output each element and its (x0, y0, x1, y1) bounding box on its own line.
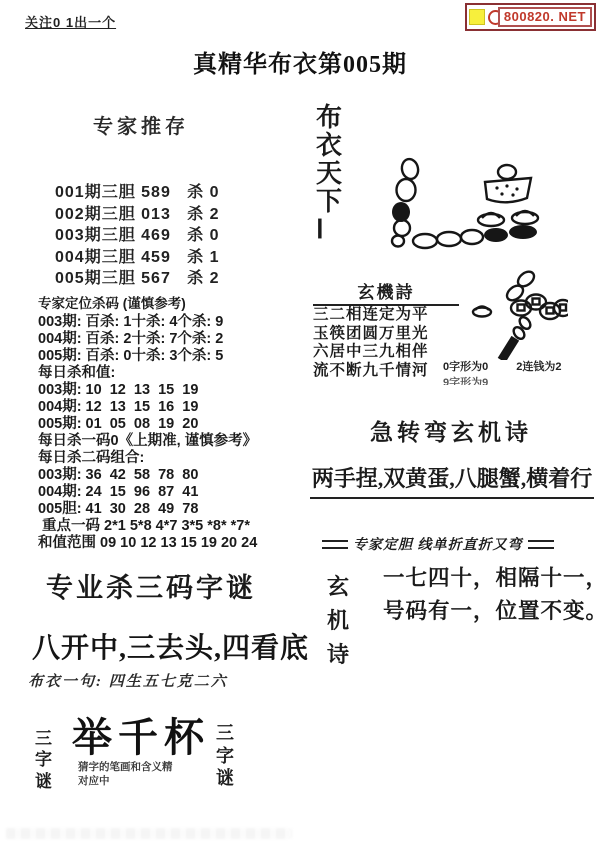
three-dan-history-list: 001期三胆 589 杀 0 002期三胆 013 杀 2 003期三胆 469… (55, 182, 220, 290)
expert-dan-divider-text: 专家定胆 线单折直折又弯 (353, 534, 523, 554)
site-badge: 800820. NET (465, 3, 596, 31)
top-note: 关注0 1出一个 (25, 12, 116, 31)
three-char-riddle-note: 猜字的笔画和含义精 对应中 (78, 760, 173, 788)
three-char-riddle-answer: 举千杯 (72, 706, 210, 763)
sharp-turn-poem-line: 两手捏,双黄蛋,八腿蟹,横着行 (310, 462, 594, 499)
coin-caption-bottom: 9字形为9 (443, 374, 562, 385)
three-char-riddle-label-left: 三字谜 (35, 728, 54, 792)
note-line: 猜字的笔画和含义精 (78, 760, 173, 774)
xuanji-poem-text: 一七四十，相隔十一， 号码有一，位置不变。 (383, 562, 600, 628)
xuanji-line: 号码有一，位置不变。 (383, 595, 600, 628)
double-line-decoration (322, 540, 348, 549)
xuanji-line: 一七四十，相隔十一， (383, 562, 600, 595)
list-item: 004期: 24 15 96 87 41 (38, 484, 257, 501)
xuanji-poem-vertical-label: 玄机诗 (327, 570, 351, 672)
list-item: 001期三胆 589 杀 0 (55, 182, 220, 204)
note-line: 对应中 (78, 774, 173, 788)
list-item: 003期: 百杀: 1十杀: 4个杀: 9 (38, 314, 257, 331)
kill-three-code-riddle-title: 专业杀三码字谜 (46, 566, 256, 605)
list-item: 005期三胆 567 杀 2 (55, 268, 220, 290)
double-line-decoration (528, 540, 554, 549)
list-item: 004期: 百杀: 2十杀: 7个杀: 2 (38, 331, 257, 348)
footer-watermark (6, 828, 292, 839)
yellow-swatch-icon (469, 9, 485, 25)
list-item: 003期三胆 469 杀 0 (55, 225, 220, 247)
mystery-poem-box: 玄機詩 三二相连定为平 玉筷团圆万里光 六居中三九相伴 流不断九千情河 (313, 278, 459, 380)
mystery-poem-header: 玄機詩 (313, 278, 459, 306)
list-item: 005胆: 41 30 28 49 78 (38, 501, 257, 518)
beans-illustration (385, 156, 550, 251)
expert-recommend-title: 专家推存 (93, 110, 189, 139)
coin-caption-left: 0字形为0 (443, 361, 488, 373)
coin-caption-right: 2连钱为2 (516, 361, 561, 373)
buyi-tianxia-vertical-title: 布衣天下Ⅰ (316, 104, 346, 244)
riddle-line: 八开中,三去头,四看底 (32, 626, 309, 666)
key-one-code-line: 重点一码 2*1 5*8 4*7 3*5 *8* *7* (38, 518, 257, 535)
three-char-riddle-label-right: 三字谜 (216, 722, 237, 790)
poem-line: 六居中三九相伴 (313, 343, 459, 362)
page-title: 真精华布衣第005期 (0, 44, 600, 79)
daily-kill-sum-title: 每日杀和值: (38, 365, 257, 382)
coin-captions: 0字形为02连钱为2 9字形为9 (443, 358, 562, 385)
daily-kill-two-title: 每日杀二码组合: (38, 450, 257, 467)
expert-dan-divider: 专家定胆 线单折直折又弯 (322, 534, 584, 554)
poem-line: 三二相连定为平 (313, 306, 459, 325)
coins-illustration (468, 268, 568, 360)
kill-code-section: 专家定位杀码 (谨慎参考) 003期: 百杀: 1十杀: 4个杀: 9 004期… (38, 292, 257, 552)
poem-line: 流不断九千情河 (313, 362, 459, 381)
coin-caption-row: 0字形为02连钱为2 (443, 358, 562, 374)
list-item: 005期: 01 05 08 19 20 (38, 416, 257, 433)
mystery-poem-title: 玄機詩 (358, 283, 415, 302)
buyi-sentence: 布衣一句: 四生五七克二六 (28, 670, 228, 691)
list-item: 003期: 10 12 13 15 19 (38, 382, 257, 399)
list-item: 005期: 百杀: 0十杀: 3个杀: 5 (38, 348, 257, 365)
sum-range-line: 和值范围 09 10 12 13 15 19 20 24 (38, 535, 257, 552)
list-item: 002期三胆 013 杀 2 (55, 204, 220, 226)
poem-line: 玉筷团圆万里光 (313, 325, 459, 344)
daily-kill-one-line: 每日杀一码0《上期准, 谨慎参考》 (38, 433, 257, 450)
list-item: 004期: 12 13 15 16 19 (38, 399, 257, 416)
position-kill-title: 专家定位杀码 (谨慎参考) (38, 292, 257, 312)
site-badge-text: 800820. NET (498, 7, 592, 27)
sharp-turn-poem-title: 急转弯玄机诗 (310, 414, 592, 447)
list-item: 003期: 36 42 58 78 80 (38, 467, 257, 484)
buyi-lottery-sheet: 关注0 1出一个 800820. NET 真精华布衣第005期 专家推存 001… (0, 0, 600, 852)
list-item: 004期三胆 459 杀 1 (55, 247, 220, 269)
